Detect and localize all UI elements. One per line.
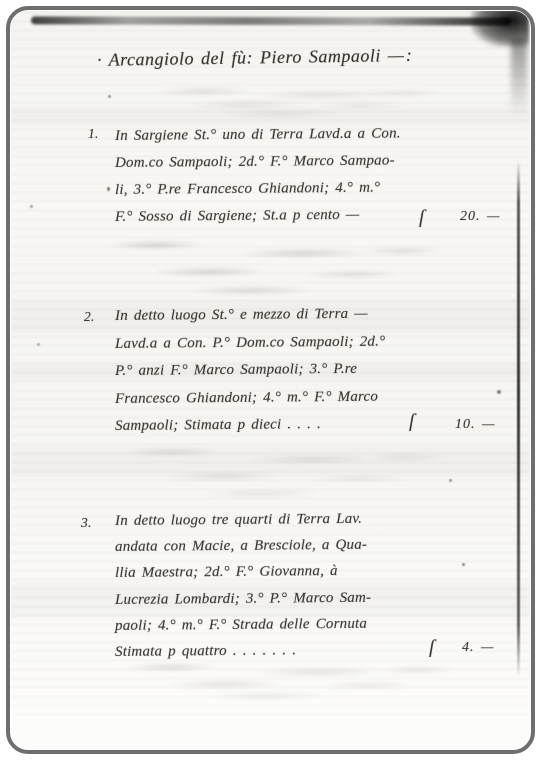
manuscript-line: In detto luogo tre quarti di Terra Lav. [115,505,475,534]
ink-speck [37,343,40,346]
currency-flourish: ſ [429,637,434,659]
ink-speck [462,563,465,566]
manuscript-line: Francesco Ghiandoni; 4.° m.° F.° Marco [115,382,475,413]
page-title: · Arcangiolo del fù: Piero Sampaoli —: [97,44,469,71]
entry-value: 10. — [455,417,495,433]
entry-text-block: In detto luogo tre quarti di Terra Lav. … [115,508,475,665]
manuscript-line: P.° anzi F.° Marco Sampaoli; 3.° P.re [115,355,475,386]
title-prefix-mark: · [97,50,102,70]
bleed-through-smudge [66,231,477,303]
manuscript-scan-viewer: · Arcangiolo del fù: Piero Sampaoli —: 1… [0,0,541,760]
ink-speck [108,95,111,98]
manuscript-line: In Sargiene St.° uno di Terra Lavd.a a C… [115,120,475,150]
title-text: Arcangiolo del fù: Piero Sampaoli [109,45,381,69]
page-right-edge-line [517,161,520,677]
bleed-through-smudge [86,439,477,505]
page-bottom-fade [11,685,530,749]
currency-flourish: ſ [419,207,424,229]
title-flourish: —: [388,45,414,65]
manuscript-line: Sampaoli; Stimata p dieci . . . . [115,410,475,441]
entry-text-block: In detto luogo St.° e mezzo di Terra — L… [115,303,475,441]
entry-value: 4. — [462,640,494,656]
page-top-edge-shadow [31,16,511,25]
entry-value: 20. — [460,209,500,225]
manuscript-line: Lucrezia Lombardi; 3.° P.° Marco Sam- [115,583,475,612]
manuscript-line: llia Maestra; 2d.° F.° Giovanna, à [115,557,475,586]
manuscript-line: Dom.co Sampaoli; 2d.° F.° Marco Sampao- [115,147,475,177]
entry-number: 2. [84,309,95,325]
manuscript-line: Lavd.a a Con. P.° Dom.co Sampaoli; 2d.° [115,327,475,358]
manuscript-line: paoli; 4.° m.° F.° Strada delle Cornuta [115,610,475,639]
ink-speck [449,479,452,482]
entry-number: 3. [81,515,92,531]
bleed-through-smudge [131,83,461,120]
manuscript-line: In detto luogo St.° e mezzo di Terra — [115,300,475,331]
manuscript-page: · Arcangiolo del fù: Piero Sampaoli —: 1… [11,11,530,749]
ink-speck [30,205,33,208]
page-right-edge-shade [511,39,527,115]
ink-speck [107,187,110,191]
manuscript-line: li, 3.° P.re Francesco Ghiandoni; 4.° m.… [115,174,475,204]
currency-flourish: ſ [409,411,414,433]
entry-number: 1. [88,126,99,142]
manuscript-line: andata con Macie, a Bresciole, a Qua- [115,531,475,560]
ink-speck [497,390,501,394]
